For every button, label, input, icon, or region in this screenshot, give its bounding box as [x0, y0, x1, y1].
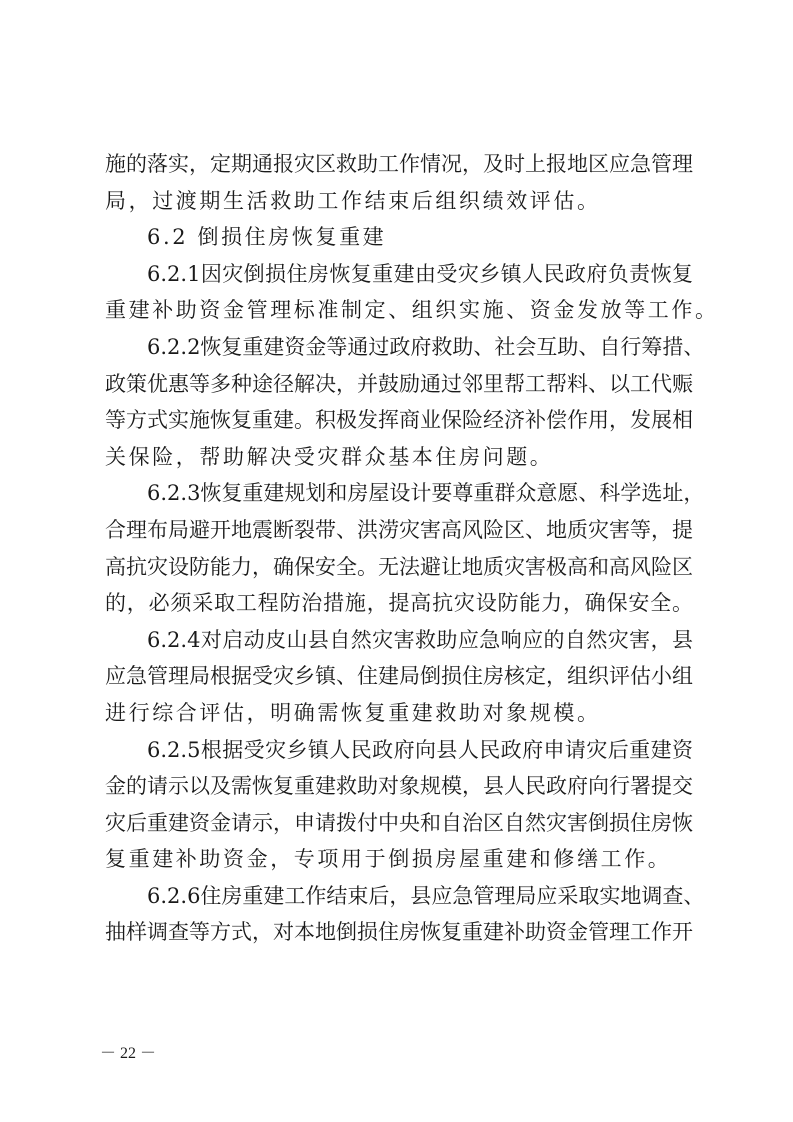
- text-line: 6.2.5根据受灾乡镇人民政府向县人民政府申请灾后重建资: [105, 732, 693, 769]
- text-line: 应急管理局根据受灾乡镇、住建局倒损住房核定，组织评估小组: [105, 658, 693, 695]
- paragraph-continuation: 施的落实，定期通报灾区救助工作情况，及时上报地区应急管理 局，过渡期生活救助工作…: [105, 146, 693, 219]
- paragraph-6-2-4: 6.2.4对启动皮山县自然灾害救助应急响应的自然灾害，县 应急管理局根据受灾乡镇…: [105, 622, 693, 732]
- text-line: 局，过渡期生活救助工作结束后组织绩效评估。: [105, 183, 693, 220]
- text-line: 政策优惠等多种途径解决，并鼓励通过邻里帮工帮料、以工代赈: [105, 366, 693, 403]
- text-line: 复重建补助资金，专项用于倒损房屋重建和修缮工作。: [105, 841, 693, 878]
- text-line: 的，必须采取工程防治措施，提高抗灾设防能力，确保安全。: [105, 585, 693, 622]
- paragraph-6-2-6: 6.2.6住房重建工作结束后，县应急管理局应采取实地调查、 抽样调查等方式，对本…: [105, 878, 693, 951]
- text-line: 等方式实施恢复重建。积极发挥商业保险经济补偿作用，发展相: [105, 402, 693, 439]
- text-line: 关保险，帮助解决受灾群众基本住房问题。: [105, 439, 693, 476]
- page-number: － 22 －: [100, 1040, 156, 1063]
- text-line: 6.2.1因灾倒损住房恢复重建由受灾乡镇人民政府负责恢复: [105, 256, 693, 293]
- text-line: 合理布局避开地震断裂带、洪涝灾害高风险区、地质灾害等，提: [105, 512, 693, 549]
- paragraph-6-2-1: 6.2.1因灾倒损住房恢复重建由受灾乡镇人民政府负责恢复 重建补助资金管理标准制…: [105, 256, 693, 329]
- text-line: 施的落实，定期通报灾区救助工作情况，及时上报地区应急管理: [105, 146, 693, 183]
- text-line: 6.2.3恢复重建规划和房屋设计要尊重群众意愿、科学选址，: [105, 475, 693, 512]
- text-line: 重建补助资金管理标准制定、组织实施、资金发放等工作。: [105, 292, 693, 329]
- text-line: 6.2.2恢复重建资金等通过政府救助、社会互助、自行筹措、: [105, 329, 693, 366]
- text-line: 进行综合评估，明确需恢复重建救助对象规模。: [105, 695, 693, 732]
- paragraph-6-2-5: 6.2.5根据受灾乡镇人民政府向县人民政府申请灾后重建资 金的请示以及需恢复重建…: [105, 732, 693, 878]
- text-line: 金的请示以及需恢复重建救助对象规模，县人民政府向行署提交: [105, 768, 693, 805]
- text-line: 6.2.4对启动皮山县自然灾害救助应急响应的自然灾害，县: [105, 622, 693, 659]
- paragraph-6-2-3: 6.2.3恢复重建规划和房屋设计要尊重群众意愿、科学选址， 合理布局避开地震断裂…: [105, 475, 693, 621]
- section-heading-6-2: 6.2 倒损住房恢复重建: [105, 219, 693, 256]
- text-line: 抽样调查等方式，对本地倒损住房恢复重建补助资金管理工作开: [105, 914, 693, 951]
- text-line: 6.2.6住房重建工作结束后，县应急管理局应采取实地调查、: [105, 878, 693, 915]
- document-body: 施的落实，定期通报灾区救助工作情况，及时上报地区应急管理 局，过渡期生活救助工作…: [105, 146, 693, 951]
- text-line: 高抗灾设防能力，确保安全。无法避让地质灾害极高和高风险区: [105, 549, 693, 586]
- text-line: 灾后重建资金请示，申请拨付中央和自治区自然灾害倒损住房恢: [105, 805, 693, 842]
- paragraph-6-2-2: 6.2.2恢复重建资金等通过政府救助、社会互助、自行筹措、 政策优惠等多种途径解…: [105, 329, 693, 475]
